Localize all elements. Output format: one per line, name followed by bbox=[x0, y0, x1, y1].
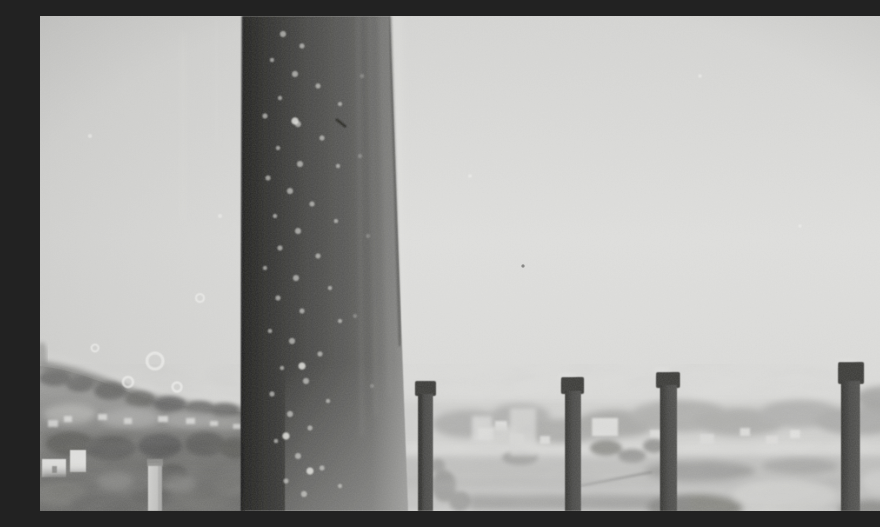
photo-canvas bbox=[40, 16, 880, 511]
film-grain bbox=[40, 16, 880, 511]
photo: Grainy monochrome photograph: a tall dar… bbox=[40, 16, 880, 511]
